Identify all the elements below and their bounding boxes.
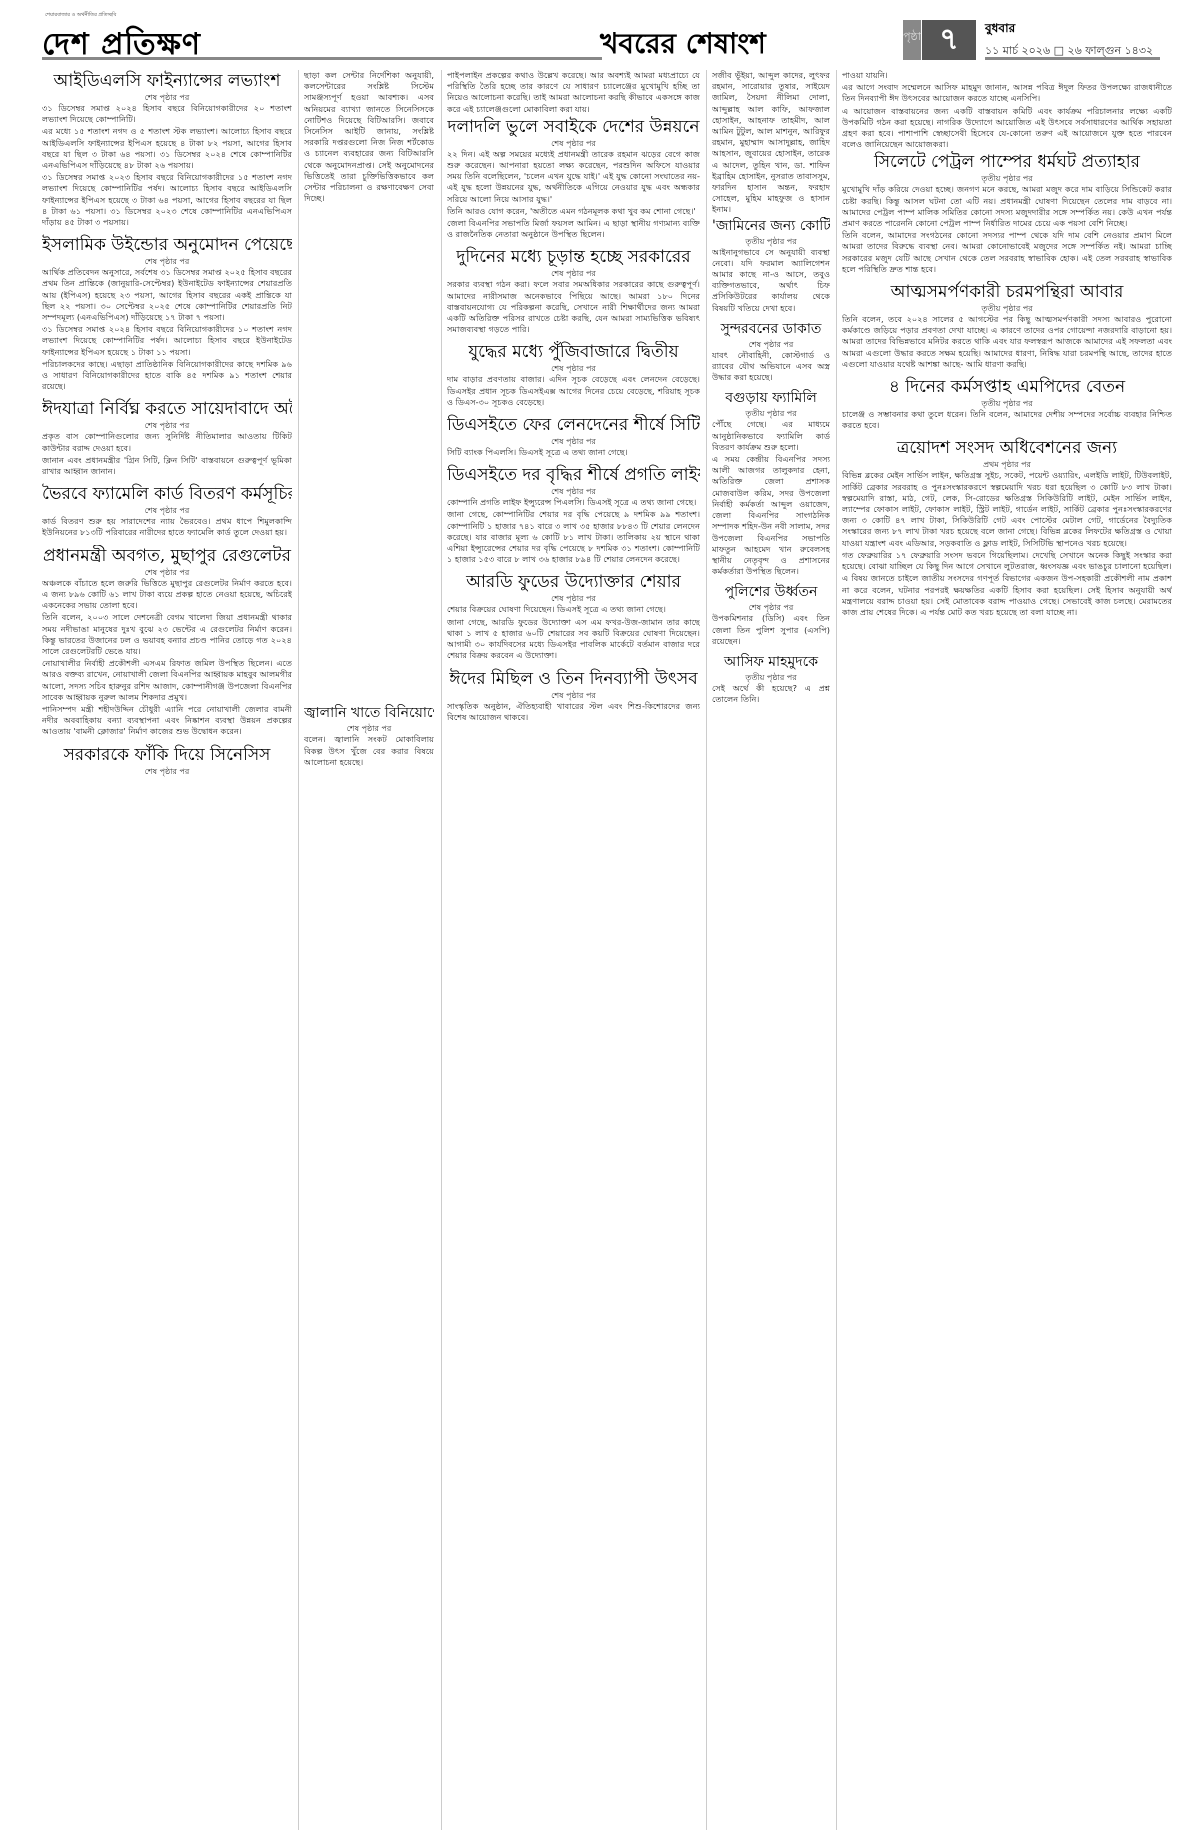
jump-line: শেষ পৃষ্ঠার পর [42,505,292,516]
story-body: অঞ্চলকে বাঁচাতে হলে জরুরি ভিত্তিতে মুছাপ… [42,578,292,738]
jump-line: শেষ পৃষ্ঠার পর [42,256,292,267]
paragraph: পাইপলাইন প্রকল্পের কথাও উল্লেখ করেছে। আর… [447,70,700,115]
paragraph: সরকার ব্যবস্থা গঠন করা। ফলে সবার সমঅধিকা… [447,279,700,335]
paragraph: ছাড়া কল সেন্টার নির্দেশিকা অনুযায়ী, কল… [304,70,434,204]
paragraph: এ আয়োজন বাস্তবায়নের জন্য একটি বাস্তবায… [842,106,1172,151]
jump-line: শেষ পৃষ্ঠার পর [447,593,700,604]
paragraph: তিনি বলেন, তবে ২০২৪ সালের ৫ আগস্টের পর ক… [842,314,1172,370]
headline[interactable]: জ্বালানি খাতে বিনিয়োগে [304,704,434,723]
jump-line: শেষ পৃষ্ঠার পর [712,602,830,613]
story-body: সরকার ব্যবস্থা গঠন করা। ফলে সবার সমঅধিকা… [447,279,700,335]
paragraph: উপকমিশনার (ডিসি) এবং তিন জেলা তিন পুলিশ … [712,613,830,647]
headline[interactable]: দলাদলি ভুলে সবাইকে দেশের উন্নয়নে [447,116,700,138]
story-body: বলেন। জ্বালানি সংকট মোকাবিলায় বিকল্প উৎ… [304,734,434,768]
paragraph: অঞ্চলকে বাঁচাতে হলে জরুরি ভিত্তিতে মুছাপ… [42,578,292,612]
headline[interactable]: ডিএসইতে ফের লেনদেনের শীর্ষে সিটি [447,414,700,436]
masthead-rule [42,57,602,60]
story-bail-crore[interactable]: 'জামিনের জন্য কোটি তৃতীয় পৃষ্ঠার পর আইন… [712,217,830,314]
paragraph: সেই অর্থে কী হয়েছে? এ প্রশ্ন তোলেন তিনি… [712,683,830,705]
paragraph: সাংস্কৃতিক অনুষ্ঠান, ঐতিহ্যবাহী খাবারের … [447,701,700,723]
paragraph: পাওয়া যায়নি। [842,70,1172,81]
story-eid-journey[interactable]: ঈদযাত্রা নির্বিঘ্ন করতে সায়েদাবাদে অবৈধ… [42,398,292,477]
headline[interactable]: দুদিনের মধ্যে চূড়ান্ত হচ্ছে সরকারের [447,246,700,268]
jump-line: শেষ পৃষ্ঠার পর [42,420,292,431]
story-eid-rally[interactable]: ঈদের মিছিল ও তিন দিনব্যাপী উৎসব শেষ পৃষ্… [447,668,700,723]
story-capital-market[interactable]: যুদ্ধের মধ্যে পুঁজিবাজারে দ্বিতীয় শেষ প… [447,341,700,408]
jump-line: শেষ পৃষ্ঠার পর [42,567,292,578]
headline[interactable]: আত্মসমর্পণকারী চরমপন্থিরা আবার [842,281,1172,303]
story-idlc[interactable]: আইডিএলসি ফাইন্যান্সের লভ্যাংশ শেষ পৃষ্ঠা… [42,70,292,228]
story-govt-finalize[interactable]: দুদিনের মধ্যে চূড়ান্ত হচ্ছে সরকারের শেষ… [447,246,700,335]
story-body: প্রকৃত বাস কোম্পানিগুলোর জন্য সুনির্দিষ্… [42,431,292,477]
story-rd-food[interactable]: আরডি ফুডের উদ্যোক্তার শেয়ার শেষ পৃষ্ঠার… [447,571,700,661]
paragraph: ৩১ ডিসেম্বর সমাপ্ত ২০২৪ হিসাব বছরে বিনিয… [42,103,292,125]
paragraph: সিটি ব্যাংক পিএলসি। ডিএসই সূত্রে এ তথ্য … [447,447,700,458]
story-musapur-regulator[interactable]: প্রধানমন্ত্রী অবগত, মুছাপুর রেগুলেটর শেষ… [42,545,292,738]
jump-line: শেষ পৃষ্ঠার পর [447,138,700,149]
page-label: পৃষ্ঠা [903,20,921,60]
jump-line: শেষ পৃষ্ঠার পর [304,723,434,734]
headline[interactable]: আসিফ মাহমুদকে [712,653,830,672]
headline[interactable]: সরকারকে ফাঁকি দিয়ে সিনেসিস [42,744,292,766]
story-body: বিভিন্ন ব্লকের মেইন সার্ভিস লাইন, ক্ষতিগ… [842,470,1172,618]
column-5: পাওয়া যায়নি। এর আগে সংবাদ সম্মেলনে আসি… [842,70,1172,1830]
jump-line: প্রথম পৃষ্ঠার পর [842,459,1172,470]
headline[interactable]: ইসলামিক উইন্ডোর অনুমোদন পেয়েছে [42,234,292,256]
paragraph: এ সময় কেন্দ্রীয় বিএনপির সদস্য আলী আজগর… [712,454,830,577]
jump-line: শেষ পৃষ্ঠার পর [447,363,700,374]
jump-line: তৃতীয় পৃষ্ঠার পর [842,173,1172,184]
story-body: সিটি ব্যাংক পিএলসি। ডিএসই সূত্রে এ তথ্য … [447,447,700,458]
story-unity-development[interactable]: দলাদলি ভুলে সবাইকে দেশের উন্নয়নে শেষ পৃ… [447,116,700,241]
column-2: ছাড়া কল সেন্টার নির্দেশিকা অনুযায়ী, কল… [304,70,434,1830]
story-13th-parliament[interactable]: ত্রয়োদশ সংসদ অধিবেশনের জন্য প্রথম পৃষ্ঠ… [842,437,1172,618]
story-pragati-life[interactable]: ডিএসইতে দর বৃদ্ধির শীর্ষে প্রগতি লাইফ শে… [447,464,700,565]
paragraph: এর আগে সংবাদ সম্মেলনে আসিফ মাহমুদ জানান,… [842,82,1172,104]
paragraph: জেলা বিএনপির সভাপতি মির্জা ফয়সল আমিন। এ… [447,218,700,240]
story-asif-mahmud[interactable]: আসিফ মাহমুদকে তৃতীয় পৃষ্ঠার পর সেই অর্থ… [712,653,830,705]
headline[interactable]: সুন্দরবনের ডাকাত [712,320,830,339]
paragraph: বিভিন্ন ব্লকের মেইন সার্ভিস লাইন, ক্ষতিগ… [842,470,1172,548]
headline[interactable]: আরডি ফুডের উদ্যোক্তার শেয়ার [447,571,700,593]
jump-line: শেষ পৃষ্ঠার পর [712,339,830,350]
paragraph: সজীব ভূঁইয়া, আব্দুল কাদের, লুৎফর রহমান,… [712,70,830,216]
story-four-day-week[interactable]: ৪ দিনের কর্মসপ্তাহ এমপিদের বেতন তৃতীয় প… [842,376,1172,431]
paragraph: তিনি আরও যোগ করেন, 'অতীতে এমন গঠনমূলক কথ… [447,206,700,217]
story-body-continued: পাওয়া যায়নি। এর আগে সংবাদ সম্মেলনে আসি… [842,70,1172,150]
masthead: শেয়ারবাজার ও অর্থনীতির প্রতিচ্ছবি দেশ প… [0,20,1200,60]
story-body: ২২ দিন। এই অল্প সময়ের মধ্যেই প্রধানমন্ত… [447,149,700,241]
headline[interactable]: প্রধানমন্ত্রী অবগত, মুছাপুর রেগুলেটর [42,545,292,567]
paragraph: পরিচালকদের কাছে। এছাড়া প্রাতিষ্ঠানিক বি… [42,359,292,393]
column-divider [706,70,707,1830]
story-body: সেই অর্থে কী হয়েছে? এ প্রশ্ন তোলেন তিনি… [712,683,830,705]
paragraph: ২২ দিন। এই অল্প সময়ের মধ্যেই প্রধানমন্ত… [447,149,700,205]
headline[interactable]: ত্রয়োদশ সংসদ অধিবেশনের জন্য [842,437,1172,459]
headline[interactable]: ডিএসইতে দর বৃদ্ধির শীর্ষে প্রগতি লাইফ [447,464,700,486]
jump-line: শেষ পৃষ্ঠার পর [447,690,700,701]
paragraph: চালেঞ্জ ও সম্ভাবনার কথা তুলে ধরেন। তিনি … [842,409,1172,431]
headline[interactable]: ঈদযাত্রা নির্বিঘ্ন করতে সায়েদাবাদে অবৈধ [42,398,292,420]
column-3: পাইপলাইন প্রকল্পের কথাও উল্লেখ করেছে। আর… [447,70,700,1830]
story-body: উপকমিশনার (ডিসি) এবং তিন জেলা তিন পুলিশ … [712,613,830,647]
jump-line: তৃতীয় পৃষ্ঠার পর [842,303,1172,314]
story-surrendered-extremists[interactable]: আত্মসমর্পণকারী চরমপন্থিরা আবার তৃতীয় পৃ… [842,281,1172,370]
jump-line: শেষ পৃষ্ঠার পর [42,766,292,777]
headline[interactable]: আইডিএলসি ফাইন্যান্সের লভ্যাংশ [42,70,292,92]
paragraph: কোম্পানি প্রগতি লাইফ ইন্স্যুরেন্স পিএলসি… [447,497,700,508]
paragraph: প্রকৃত বাস কোম্পানিগুলোর জন্য সুনির্দিষ্… [42,431,292,453]
story-sylhet-petrol[interactable]: সিলেটে পেট্রল পাম্পের ধর্মঘট প্রত্যাহার … [842,151,1172,275]
dateline: বুধবার ১১ মার্চ ২০২৬ □ ২৬ ফাল্গুন ১৪৩২ [985,20,1153,61]
story-body: দাম বাড়ার প্রবণতায় বাজার। এদিন সূচক বে… [447,374,700,408]
story-body-continued: ছাড়া কল সেন্টার নির্দেশিকা অনুযায়ী, কল… [304,70,434,204]
story-islamic-window[interactable]: ইসলামিক উইন্ডোর অনুমোদন পেয়েছে শেষ পৃষ্… [42,234,292,392]
paragraph: যাবৎ নৌবাহিনী, কোস্টগার্ড ও র‍্যাবের যৌথ… [712,350,830,384]
paragraph: জানান এবং প্রধানমন্ত্রীর 'গ্রিন সিটি, ক্… [42,455,292,477]
paragraph: এ বিষয় জানতে চাইলে জাতীয় সংসদের গণপূর্… [842,573,1172,618]
column-1: আইডিএলসি ফাইন্যান্সের লভ্যাংশ শেষ পৃষ্ঠা… [42,70,292,1830]
story-body: কোম্পানি প্রগতি লাইফ ইন্স্যুরেন্স পিএলসি… [447,497,700,565]
story-bhairab-family-card[interactable]: ভৈরবে ফ্যামেলি কার্ড বিতরণ কর্মসূচির শেষ… [42,483,292,538]
jump-line: শেষ পৃষ্ঠার পর [447,436,700,447]
paragraph: মুখোমুখি দাঁড় করিয়ে দেওয়া হচ্ছে। জনগণ… [842,184,1172,229]
story-body: আইনানুগভাবে সে অনুযায়ী ব্যবস্থা নেবো। য… [712,247,830,314]
story-body: শেয়ার বিক্রয়ের ঘোষণা দিয়েছেন। ডিএসই স… [447,604,700,661]
paragraph: নোয়াখালীর নির্বাহী প্রকৌশলী এসএম রিফাত … [42,658,292,703]
paragraph: ৩১ ডিসেম্বর সমাপ্ত ২০২৩ হিসাব বছরে বিনিয… [42,172,292,228]
column-divider [298,70,299,1830]
paragraph: পৌঁছে গেছে। এর মাধ্যমে আনুষ্ঠানিকভাবে ফ্… [712,419,830,453]
paragraph: ৩১ ডিসেম্বর সমাপ্ত ২০২৪ হিসাব বছরে বিনিয… [42,324,292,358]
paragraph: এর মধ্যে ১৫ শতাংশ নগদ ও ৫ শতাংশ স্টক লভ্… [42,126,292,171]
paragraph: আর্থিক প্রতিবেদন অনুসারে, সর্বশেষ ৩১ ডিস… [42,267,292,323]
story-body: যাবৎ নৌবাহিনী, কোস্টগার্ড ও র‍্যাবের যৌথ… [712,350,830,384]
jump-line: শেষ পৃষ্ঠার পর [42,92,292,103]
jump-line: তৃতীয় পৃষ্ঠার পর [712,236,830,247]
story-body: ৩১ ডিসেম্বর সমাপ্ত ২০২৪ হিসাব বছরে বিনিয… [42,103,292,228]
headline[interactable]: ৪ দিনের কর্মসপ্তাহ এমপিদের বেতন [842,376,1172,398]
story-energy-investment[interactable]: জ্বালানি খাতে বিনিয়োগে শেষ পৃষ্ঠার পর ব… [304,704,434,768]
jump-line: তৃতীয় পৃষ্ঠার পর [712,408,830,419]
paragraph: তিনি বলেন, ২০০৩ সালে দেশনেত্রী বেগম খালে… [42,612,292,657]
paragraph: বলেন। জ্বালানি সংকট মোকাবিলায় বিকল্প উৎ… [304,734,434,768]
paragraph: তিনি বলেন, আমাদের সংগঠনের কোনো সদস্যর পা… [842,230,1172,275]
story-body: তিনি বলেন, তবে ২০২৪ সালের ৫ আগস্টের পর ক… [842,314,1172,370]
masthead-rule-right [985,57,1160,60]
story-dse-city-bank[interactable]: ডিএসইতে ফের লেনদেনের শীর্ষে সিটি শেষ পৃষ… [447,414,700,458]
paragraph: গত ফেব্রুয়ারির ১৭ ফেব্রুয়ারি সংসদ ভবনে… [842,550,1172,572]
story-body: আর্থিক প্রতিবেদন অনুসারে, সর্বশেষ ৩১ ডিস… [42,267,292,392]
paragraph: পানিসম্পদ মন্ত্রী শহীদউদ্দিন চৌধুরী এ্যা… [42,704,292,738]
story-body-continued: সজীব ভূঁইয়া, আব্দুল কাদের, লুৎফর রহমান,… [712,70,830,216]
story-bogura-family[interactable]: বগুড়ায় ফ্যামিলি তৃতীয় পৃষ্ঠার পর পৌঁছ… [712,389,830,577]
page-body: আইডিএলসি ফাইন্যান্সের লভ্যাংশ শেষ পৃষ্ঠা… [42,70,1172,1830]
section-title: খবরের শেষাংশ [600,22,766,69]
story-body: মুখোমুখি দাঁড় করিয়ে দেওয়া হচ্ছে। জনগণ… [842,184,1172,275]
headline[interactable]: যুদ্ধের মধ্যে পুঁজিবাজারে দ্বিতীয় [447,341,700,363]
story-body: চালেঞ্জ ও সম্ভাবনার কথা তুলে ধরেন। তিনি … [842,409,1172,431]
headline[interactable]: সিলেটে পেট্রল পাম্পের ধর্মঘট প্রত্যাহার [842,151,1172,173]
paragraph: কার্ড বিতরণ শুরু হয় সারাদেশের ন্যায় ভৈ… [42,516,292,538]
column-divider [836,70,837,1830]
jump-line: শেষ পৃষ্ঠার পর [447,268,700,279]
story-body: সাংস্কৃতিক অনুষ্ঠান, ঐতিহ্যবাহী খাবারের … [447,701,700,723]
headline[interactable]: বগুড়ায় ফ্যামিলি [712,389,830,408]
paragraph: আইনানুগভাবে সে অনুযায়ী ব্যবস্থা নেবো। য… [712,247,830,314]
newspaper-logo[interactable]: দেশ প্রতিক্ষণ [42,20,201,71]
headline[interactable]: ঈদের মিছিল ও তিন দিনব্যাপী উৎসব [447,668,700,690]
tagline: শেয়ারবাজার ও অর্থনীতির প্রতিচ্ছবি [45,12,116,20]
page-number-box: পৃষ্ঠা ৭ [903,20,975,60]
headline[interactable]: ভৈরবে ফ্যামেলি কার্ড বিতরণ কর্মসূচির [42,483,292,505]
headline[interactable]: 'জামিনের জন্য কোটি [712,217,830,236]
story-synesis[interactable]: সরকারকে ফাঁকি দিয়ে সিনেসিস শেষ পৃষ্ঠার … [42,744,292,777]
story-body: পৌঁছে গেছে। এর মাধ্যমে আনুষ্ঠানিকভাবে ফ্… [712,419,830,577]
paragraph: জানা গেছে, কোম্পানিটির শেয়ার দর বৃদ্ধি … [447,509,700,565]
page-number: ৭ [922,20,976,60]
jump-line: শেষ পৃষ্ঠার পর [447,486,700,497]
story-body-continued: পাইপলাইন প্রকল্পের কথাও উল্লেখ করেছে। আর… [447,70,700,115]
story-sundarbans-robber[interactable]: সুন্দরবনের ডাকাত শেষ পৃষ্ঠার পর যাবৎ নৌব… [712,320,830,384]
story-police-senior[interactable]: পুলিশের উর্ধ্বতন শেষ পৃষ্ঠার পর উপকমিশনা… [712,583,830,647]
story-body: কার্ড বিতরণ শুরু হয় সারাদেশের ন্যায় ভৈ… [42,516,292,538]
column-divider [441,70,442,1830]
weekday: বুধবার [985,20,1153,40]
jump-line: তৃতীয় পৃষ্ঠার পর [842,398,1172,409]
headline[interactable]: পুলিশের উর্ধ্বতন [712,583,830,602]
paragraph: দাম বাড়ার প্রবণতায় বাজার। এদিন সূচক বে… [447,374,700,408]
jump-line: তৃতীয় পৃষ্ঠার পর [712,672,830,683]
column-4: সজীব ভূঁইয়া, আব্দুল কাদের, লুৎফর রহমান,… [712,70,830,1830]
paragraph: শেয়ার বিক্রয়ের ঘোষণা দিয়েছেন। ডিএসই স… [447,604,700,615]
paragraph: জানা গেছে, আরডি ফুডের উদ্যোক্তা এস এম ফখ… [447,617,700,662]
